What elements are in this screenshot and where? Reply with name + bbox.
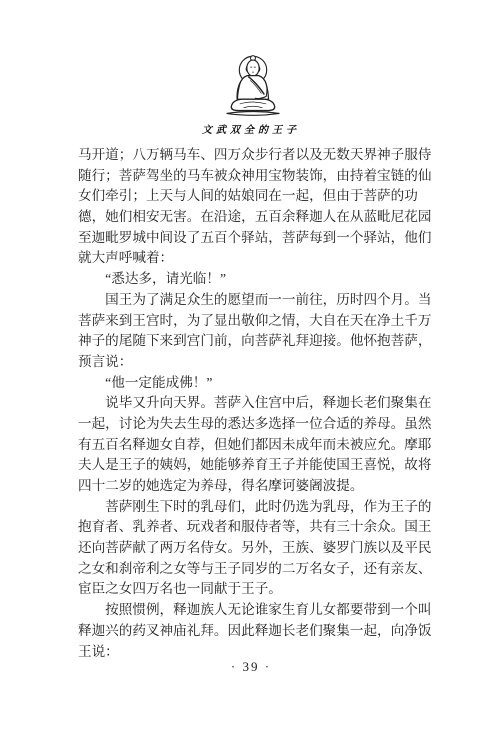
text-line: 随行；菩萨驾坐的马车被众神用宝物装饰，由持着宝链的仙 (78, 166, 435, 187)
text-line: 释迦兴的药叉神庙礼拜。因此释迦长老们聚集一起，向净饭 (78, 621, 435, 642)
text-line: 马开道；八万辆马车、四万众步行者以及无数天界神子服侍 (78, 145, 435, 166)
text-line: 按照惯例，释迦族人无论谁家生育儿女都要带到一个叫 (78, 600, 435, 621)
text-line: 菩萨来到王宫时，为了显出敬仰之情，大自在天在净土千万 (78, 311, 435, 332)
text-line: 还向菩萨献了两万名侍女。另外，王族、婆罗门族以及平民 (78, 538, 435, 559)
text-line: 说毕又升向天界。菩萨入住宫中后，释迦长老们聚集在 (78, 393, 435, 414)
text-line: 女们牵引；上天与人间的姑娘同在一起，但由于菩萨的功 (78, 186, 435, 207)
text-line: 宦臣之女四万名也一同献于王子。 (78, 579, 435, 600)
text-line: 有五百名释迦女自荐，但她们都因未成年而未被应允。摩耶 (78, 435, 435, 456)
text-line: 之女和刹帝利之女等与王子同岁的二万名女子，还有亲友、 (78, 559, 435, 580)
body-text: 马开道；八万辆马车、四万众步行者以及无数天界神子服侍随行；菩萨驾坐的马车被众神用… (78, 145, 435, 662)
page-number: · 39 · (0, 659, 502, 675)
text-line: “悉达多，请光临！” (78, 269, 435, 290)
text-line: 菩萨刚生下时的乳母们，此时仍选为乳母，作为王子的 (78, 497, 435, 518)
text-line: 一起，讨论为失去生母的悉达多选择一位合适的养母。虽然 (78, 414, 435, 435)
text-line: 德，她们相安无害。在沿途，五百余释迦人在从蓝毗尼花园 (78, 207, 435, 228)
text-line: 国王为了满足众生的愿望而一一前往，历时四个月。当 (78, 290, 435, 311)
text-line: 抱育者、乳养者、玩戏者和服侍者等，共有三十余众。国王 (78, 517, 435, 538)
text-line: 神子的尾随下来到宫门前，向菩萨礼拜迎接。他怀抱菩萨， (78, 331, 435, 352)
text-line: 至迦毗罗城中间设了五百个驿站，菩萨每到一个驿站，他们 (78, 228, 435, 249)
text-line: 四十二岁的她选定为养母，得名摩诃婆阇波提。 (78, 476, 435, 497)
text-line: 就大声呼喊着： (78, 248, 435, 269)
text-line: “他一定能成佛！” (78, 373, 435, 394)
buddha-illustration (205, 52, 301, 120)
text-line: 预言说： (78, 352, 435, 373)
book-page: 文武双全的王子 马开道；八万辆马车、四万众步行者以及无数天界神子服侍随行；菩萨驾… (0, 0, 502, 747)
chapter-caption: 文武双全的王子 (0, 121, 502, 136)
text-line: 夫人是王子的姨妈，她能够养育王子并能使国王喜悦，故将 (78, 455, 435, 476)
